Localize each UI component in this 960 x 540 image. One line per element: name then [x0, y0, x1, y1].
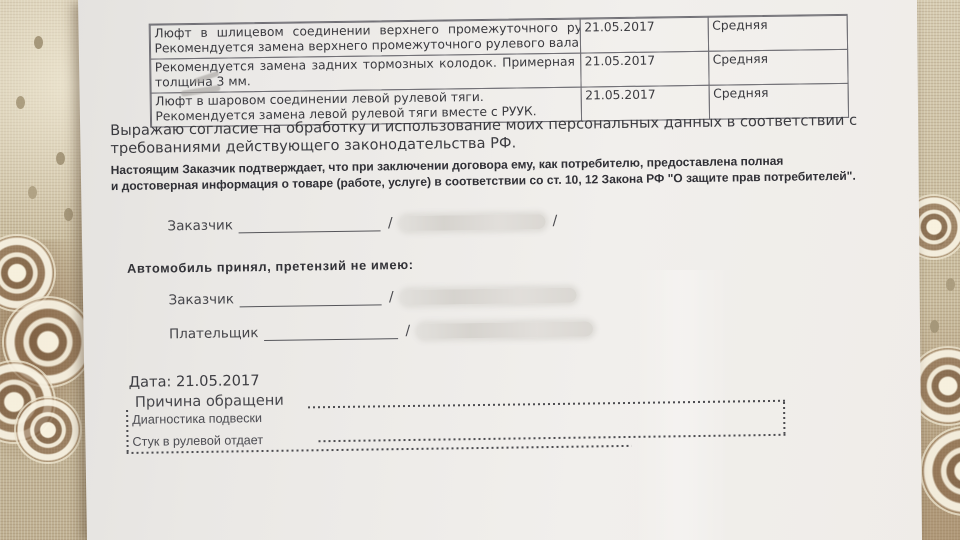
- defect-severity: Средняя: [708, 48, 848, 85]
- dotted-writing-line: [319, 434, 786, 443]
- dotted-box-left-edge: [126, 409, 129, 452]
- visit-reason-item: Стук в рулевой отдает: [132, 433, 263, 449]
- payer-signature-row: Плательщик /: [169, 320, 593, 342]
- redacted-signature: [402, 288, 577, 305]
- signature-label: Плательщик: [169, 325, 259, 342]
- confirmation-paragraph: Настоящим Заказчик подтверждает, что при…: [111, 152, 856, 194]
- dotted-box-right-edge: [783, 400, 785, 434]
- photo-of-service-document: Люфт в шлицевом соединении верхнего пром…: [0, 0, 960, 540]
- signature-line: [240, 290, 382, 307]
- signature-line: [239, 216, 381, 233]
- slash-separator: /: [405, 323, 410, 339]
- visit-reason-item: Диагностика подвески: [132, 411, 262, 427]
- slash-separator: /: [388, 215, 393, 231]
- signature-label: Заказчик: [167, 217, 233, 234]
- defect-date: 21.05.2017: [579, 16, 708, 53]
- signature-line: [264, 324, 398, 341]
- document-content: Люфт в шлицевом соединении верхнего пром…: [0, 0, 960, 540]
- slash-separator: /: [553, 213, 558, 229]
- defect-date: 21.05.2017: [580, 50, 709, 87]
- redacted-signature: [401, 214, 546, 231]
- date-line: Дата: 21.05.2017: [129, 372, 260, 391]
- customer-signature-row-2: Заказчик /: [168, 287, 576, 309]
- slash-separator: /: [389, 289, 394, 305]
- dotted-box-top-edge: [308, 400, 785, 409]
- defects-table: Люфт в шлицевом соединении верхнего пром…: [149, 14, 849, 128]
- signature-label: Заказчик: [168, 291, 234, 308]
- customer-signature-row-1: Заказчик / /: [167, 213, 557, 234]
- defect-severity: Средняя: [707, 14, 847, 51]
- redacted-signature: [418, 321, 593, 338]
- visit-reason-label: Причина обращени: [135, 392, 284, 411]
- vehicle-accepted-statement: Автомобиль принял, претензий не имею:: [127, 257, 414, 276]
